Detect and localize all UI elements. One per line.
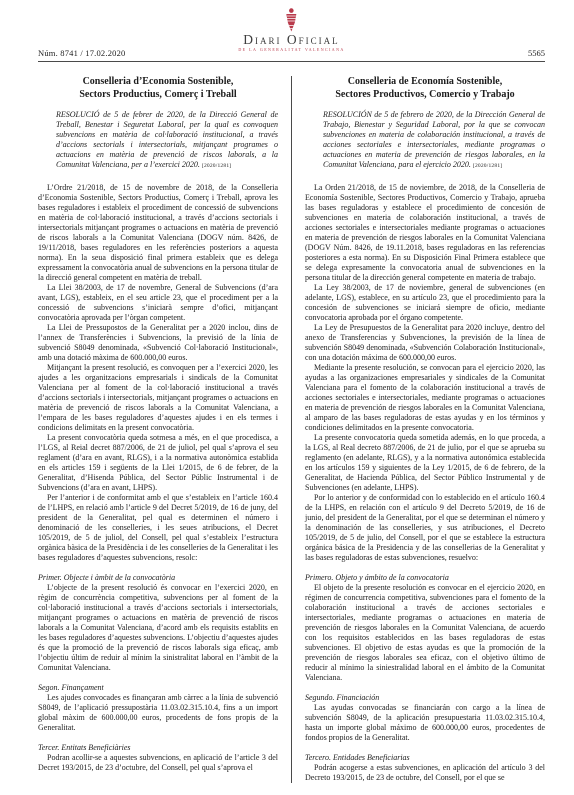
page-number: 5565	[528, 48, 545, 58]
section-body: L’objecte de la present resolució és con…	[38, 583, 278, 673]
section-heading: Tercer. Entitats Beneficiàries	[38, 743, 278, 753]
department-heading: Conselleria de Economía Sostenible, Sect…	[305, 76, 545, 101]
masthead: Diari Oficial de la generalitat valencia…	[238, 8, 344, 53]
masthead-title: Diari Oficial	[238, 33, 344, 47]
department-heading: Conselleria d’Economia Sostenible, Secto…	[38, 76, 278, 101]
column-divider	[291, 76, 292, 783]
column-gap	[278, 76, 305, 783]
page-header: Núm. 8741 / 17.02.2020 Diari Oficial de …	[38, 8, 545, 60]
body-paragraph: La Llei de Pressupostos de la Generalita…	[38, 323, 278, 363]
body-paragraph: La Orden 21/2018, de 15 de noviembre, de…	[305, 183, 545, 283]
doc-reference: [2020/1281]	[202, 163, 231, 169]
section-body: Les ajudes convocades es finançaran amb …	[38, 693, 278, 733]
section-heading: Segon. Finançament	[38, 683, 278, 693]
section-body: Las ayudas convocadas se financiarán con…	[305, 703, 545, 743]
column-spanish: Conselleria de Economía Sostenible, Sect…	[305, 76, 545, 783]
body-paragraph: La present convocatòria queda sotmesa a …	[38, 433, 278, 493]
body-paragraph: La Ley 38/2003, de 17 de noviembre, gene…	[305, 283, 545, 323]
body-paragraph: La Ley de Presupuestos de la Generalitat…	[305, 323, 545, 363]
two-column-body: Conselleria d’Economia Sostenible, Secto…	[38, 76, 545, 783]
section-heading: Segundo. Financiación	[305, 693, 545, 703]
section-body: Podrán acogerse a estas subvenciones, en…	[305, 763, 545, 783]
masthead-subtitle: de la generalitat valenciana	[238, 48, 344, 53]
doc-reference: [2020/1281]	[473, 163, 502, 169]
header-rule	[38, 61, 545, 62]
body-paragraph: La Llei 38/2003, de 17 de novembre, Gene…	[38, 283, 278, 323]
body-paragraph: La presente convocatoria queda sometida …	[305, 433, 545, 493]
body-paragraph: Mitjançant la present resolució, es conv…	[38, 363, 278, 433]
resolution-abstract: RESOLUCIÓN de 5 de febrero de 2020, de l…	[323, 110, 545, 171]
resolution-abstract: RESOLUCIÓ de 5 de febrer de 2020, de la …	[56, 110, 278, 171]
body-paragraph: L’Ordre 21/2018, de 15 de novembre de 20…	[38, 183, 278, 283]
gazette-page: Núm. 8741 / 17.02.2020 Diari Oficial de …	[0, 0, 574, 795]
column-valencian: Conselleria d’Economia Sostenible, Secto…	[38, 76, 278, 783]
section-heading: Primero. Objeto y ámbito de la convocato…	[305, 573, 545, 583]
section-heading: Primer. Objecte i àmbit de la convocatòr…	[38, 573, 278, 583]
body-paragraph: Por lo anterior y de conformidad con lo …	[305, 493, 545, 563]
section-body: Podran acollir-se a aquestes subvencions…	[38, 753, 278, 773]
body-paragraph: Per l’anterior i de conformitat amb el q…	[38, 493, 278, 563]
issue-number: Núm. 8741 / 17.02.2020	[38, 48, 126, 58]
body-paragraph: Mediante la presente resolución, se conv…	[305, 363, 545, 433]
section-heading: Tercero. Entidades Beneficiarias	[305, 753, 545, 763]
generalitat-valenciana-emblem-icon	[285, 8, 298, 32]
section-body: El objeto de la presente resolución es c…	[305, 583, 545, 683]
